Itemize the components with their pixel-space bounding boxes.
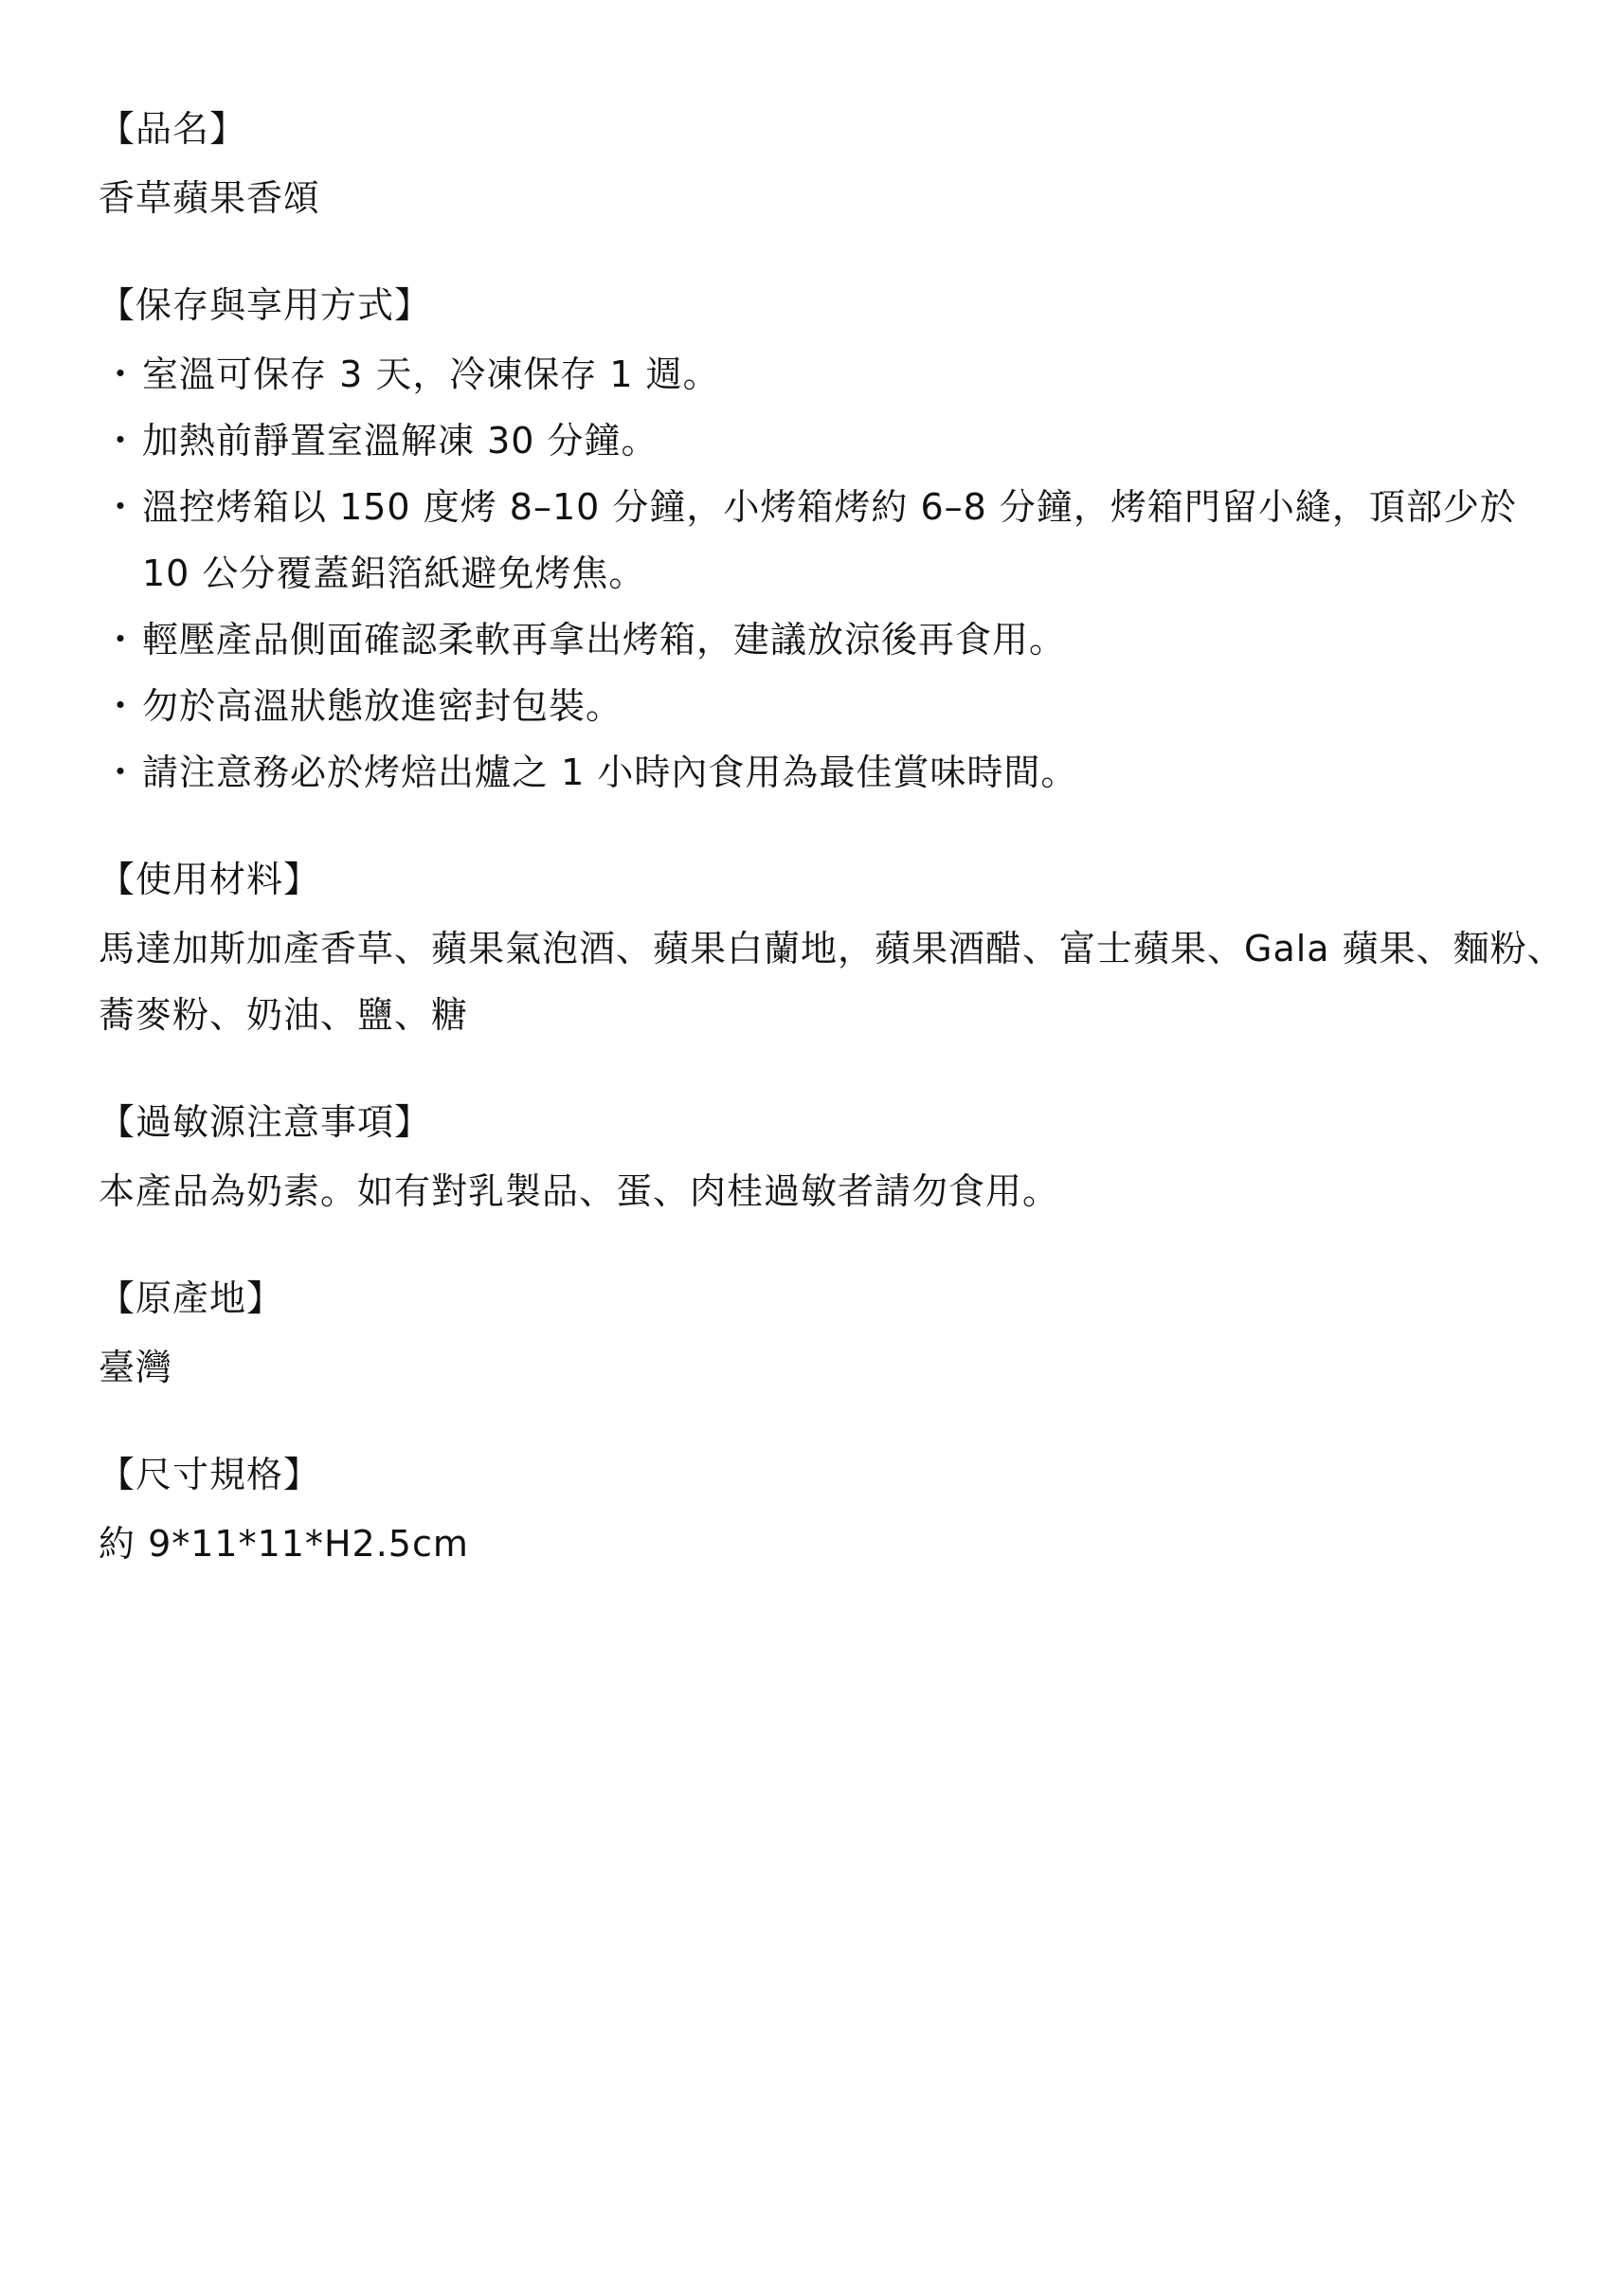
list-item-text: 室溫可保存 3 天，冷凍保存 1 週。 — [142, 353, 720, 395]
list-item-text: 請注意務必於烤焙出爐之 1 小時內食用為最佳賞味時間。 — [142, 752, 1077, 793]
product-info-document: 【品名】 香草蘋果香頌 【保存與享用方式】 ・ 室溫可保存 3 天，冷凍保存 1… — [99, 93, 1577, 1577]
section-dimensions: 【尺寸規格】 約 9*11*11*H2.5cm — [99, 1439, 1577, 1577]
dimensions-text: 約 9*11*11*H2.5cm — [99, 1511, 1577, 1577]
section-heading: 【尺寸規格】 — [99, 1439, 1577, 1511]
list-item: ・ 室溫可保存 3 天，冷凍保存 1 週。 — [99, 341, 1577, 407]
list-item: ・ 溫控烤箱以 150 度烤 8–10 分鐘，小烤箱烤約 6–8 分鐘，烤箱門留… — [99, 474, 1577, 607]
section-heading: 【過敏源注意事項】 — [99, 1086, 1577, 1158]
list-item-text: 加熱前靜置室溫解凍 30 分鐘。 — [142, 420, 659, 462]
ingredients-text: 馬達加斯加產香草、蘋果氣泡酒、蘋果白蘭地，蘋果酒醋、富士蘋果、Gala 蘋果、麵… — [99, 915, 1577, 1048]
list-item-text: 勿於高溫狀態放進密封包裝。 — [142, 685, 623, 727]
section-heading: 【品名】 — [99, 93, 1577, 165]
section-origin: 【原產地】 臺灣 — [99, 1262, 1577, 1401]
bullet-icon: ・ — [102, 607, 131, 673]
storage-instructions-list: ・ 室溫可保存 3 天，冷凍保存 1 週。 ・ 加熱前靜置室溫解凍 30 分鐘。… — [99, 341, 1577, 806]
list-item: ・ 輕壓產品側面確認柔軟再拿出烤箱，建議放涼後再食用。 — [99, 607, 1577, 673]
section-storage-and-serving: 【保存與享用方式】 ・ 室溫可保存 3 天，冷凍保存 1 週。 ・ 加熱前靜置室… — [99, 269, 1577, 806]
section-heading: 【使用材料】 — [99, 843, 1577, 915]
origin-text: 臺灣 — [99, 1334, 1577, 1401]
section-allergens: 【過敏源注意事項】 本產品為奶素。如有對乳製品、蛋、肉桂過敏者請勿食用。 — [99, 1086, 1577, 1224]
list-item-text: 輕壓產品側面確認柔軟再拿出烤箱，建議放涼後再食用。 — [142, 619, 1066, 661]
bullet-icon: ・ — [102, 474, 131, 540]
product-name: 香草蘋果香頌 — [99, 165, 1577, 231]
bullet-icon: ・ — [102, 673, 131, 739]
section-heading: 【原產地】 — [99, 1262, 1577, 1334]
section-ingredients: 【使用材料】 馬達加斯加產香草、蘋果氣泡酒、蘋果白蘭地，蘋果酒醋、富士蘋果、Ga… — [99, 843, 1577, 1048]
bullet-icon: ・ — [102, 407, 131, 474]
bullet-icon: ・ — [102, 341, 131, 407]
section-heading: 【保存與享用方式】 — [99, 269, 1577, 341]
list-item: ・ 加熱前靜置室溫解凍 30 分鐘。 — [99, 407, 1577, 474]
allergen-notice: 本產品為奶素。如有對乳製品、蛋、肉桂過敏者請勿食用。 — [99, 1158, 1577, 1224]
list-item: ・ 請注意務必於烤焙出爐之 1 小時內食用為最佳賞味時間。 — [99, 739, 1577, 806]
bullet-icon: ・ — [102, 739, 131, 806]
list-item-text: 溫控烤箱以 150 度烤 8–10 分鐘，小烤箱烤約 6–8 分鐘，烤箱門留小縫… — [142, 486, 1517, 594]
section-product-name: 【品名】 香草蘋果香頌 — [99, 93, 1577, 231]
list-item: ・ 勿於高溫狀態放進密封包裝。 — [99, 673, 1577, 739]
